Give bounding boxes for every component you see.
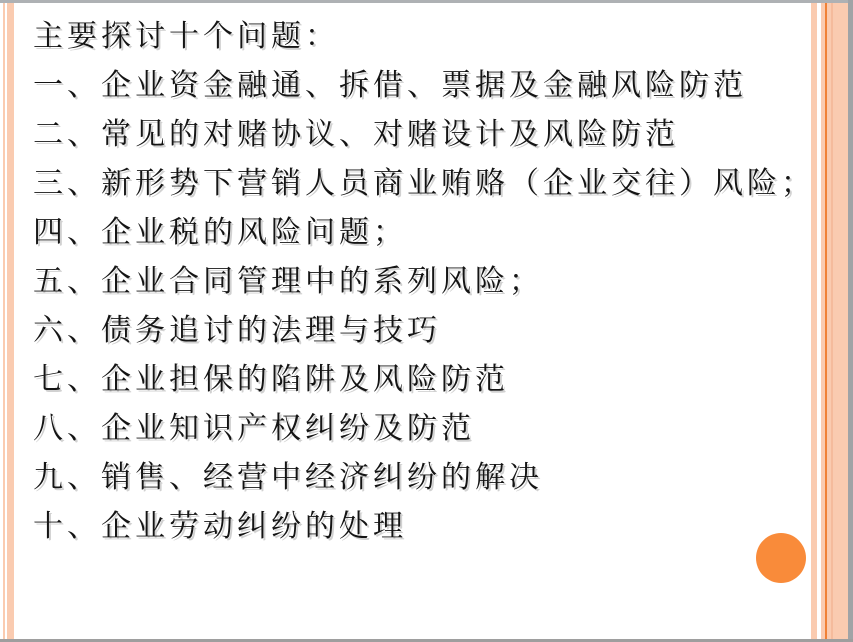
topic-item-4: 四、企业税的风险问题； [33, 208, 823, 257]
topic-item-10: 十、企业劳动纠纷的处理 [33, 502, 823, 551]
slide-frame-top-edge [0, 0, 853, 3]
topic-item-5: 五、企业合同管理中的系列风险； [33, 257, 823, 306]
right-accent-stripe-band [821, 3, 848, 639]
right-band-soft-line [831, 3, 833, 639]
topic-item-3: 三、新形势下营销人员商业贿赂（企业交往）风险； [33, 159, 823, 208]
slide-title: 主要探讨十个问题： [33, 12, 823, 61]
left-accent-stripe-thin [3, 3, 5, 639]
topic-item-7: 七、企业担保的陷阱及风险防范 [33, 355, 823, 404]
topic-item-2: 二、常见的对赌协议、对赌设计及风险防范 [33, 110, 823, 159]
presentation-slide: 主要探讨十个问题： 一、企业资金融通、拆借、票据及金融风险防范 二、常见的对赌协… [0, 0, 853, 642]
topic-item-6: 六、债务追讨的法理与技巧 [33, 306, 823, 355]
right-band-orange-line [825, 3, 827, 639]
topic-item-9: 九、销售、经营中经济纠纷的解决 [33, 453, 823, 502]
topic-item-8: 八、企业知识产权纠纷及防范 [33, 404, 823, 453]
topic-item-1: 一、企业资金融通、拆借、票据及金融风险防范 [33, 61, 823, 110]
slide-frame-right-edge [848, 0, 853, 642]
slide-content: 主要探讨十个问题： 一、企业资金融通、拆借、票据及金融风险防范 二、常见的对赌协… [33, 12, 823, 551]
left-accent-stripe-wide [7, 3, 14, 639]
